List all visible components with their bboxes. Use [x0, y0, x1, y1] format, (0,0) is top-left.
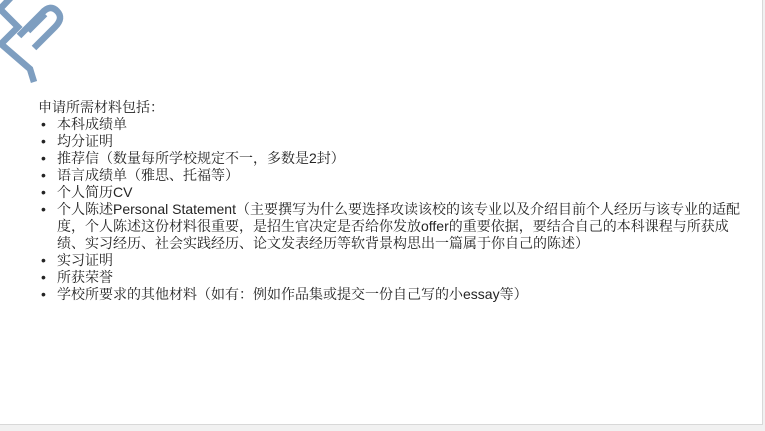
corner-logo-icon — [0, 0, 76, 104]
slide-content: 申请所需材料包括： 本科成绩单均分证明推荐信（数量每所学校规定不一，多数是2封）… — [38, 99, 740, 303]
list-item: 个人陈述Personal Statement（主要撰写为什么要选择攻读该校的该专… — [38, 201, 740, 252]
slide: 申请所需材料包括： 本科成绩单均分证明推荐信（数量每所学校规定不一，多数是2封）… — [0, 0, 763, 425]
list-item: 语言成绩单（雅思、托福等） — [38, 167, 740, 184]
list-item: 所获荣誉 — [38, 269, 740, 286]
list-item: 学校所要求的其他材料（如有：例如作品集或提交一份自己写的小essay等） — [38, 286, 740, 303]
list-item: 个人简历CV — [38, 184, 740, 201]
intro-line: 申请所需材料包括： — [38, 99, 740, 116]
list-item: 本科成绩单 — [38, 116, 740, 133]
list-item: 推荐信（数量每所学校规定不一，多数是2封） — [38, 150, 740, 167]
materials-list: 本科成绩单均分证明推荐信（数量每所学校规定不一，多数是2封）语言成绩单（雅思、托… — [38, 116, 740, 303]
list-item: 实习证明 — [38, 252, 740, 269]
list-item: 均分证明 — [38, 133, 740, 150]
